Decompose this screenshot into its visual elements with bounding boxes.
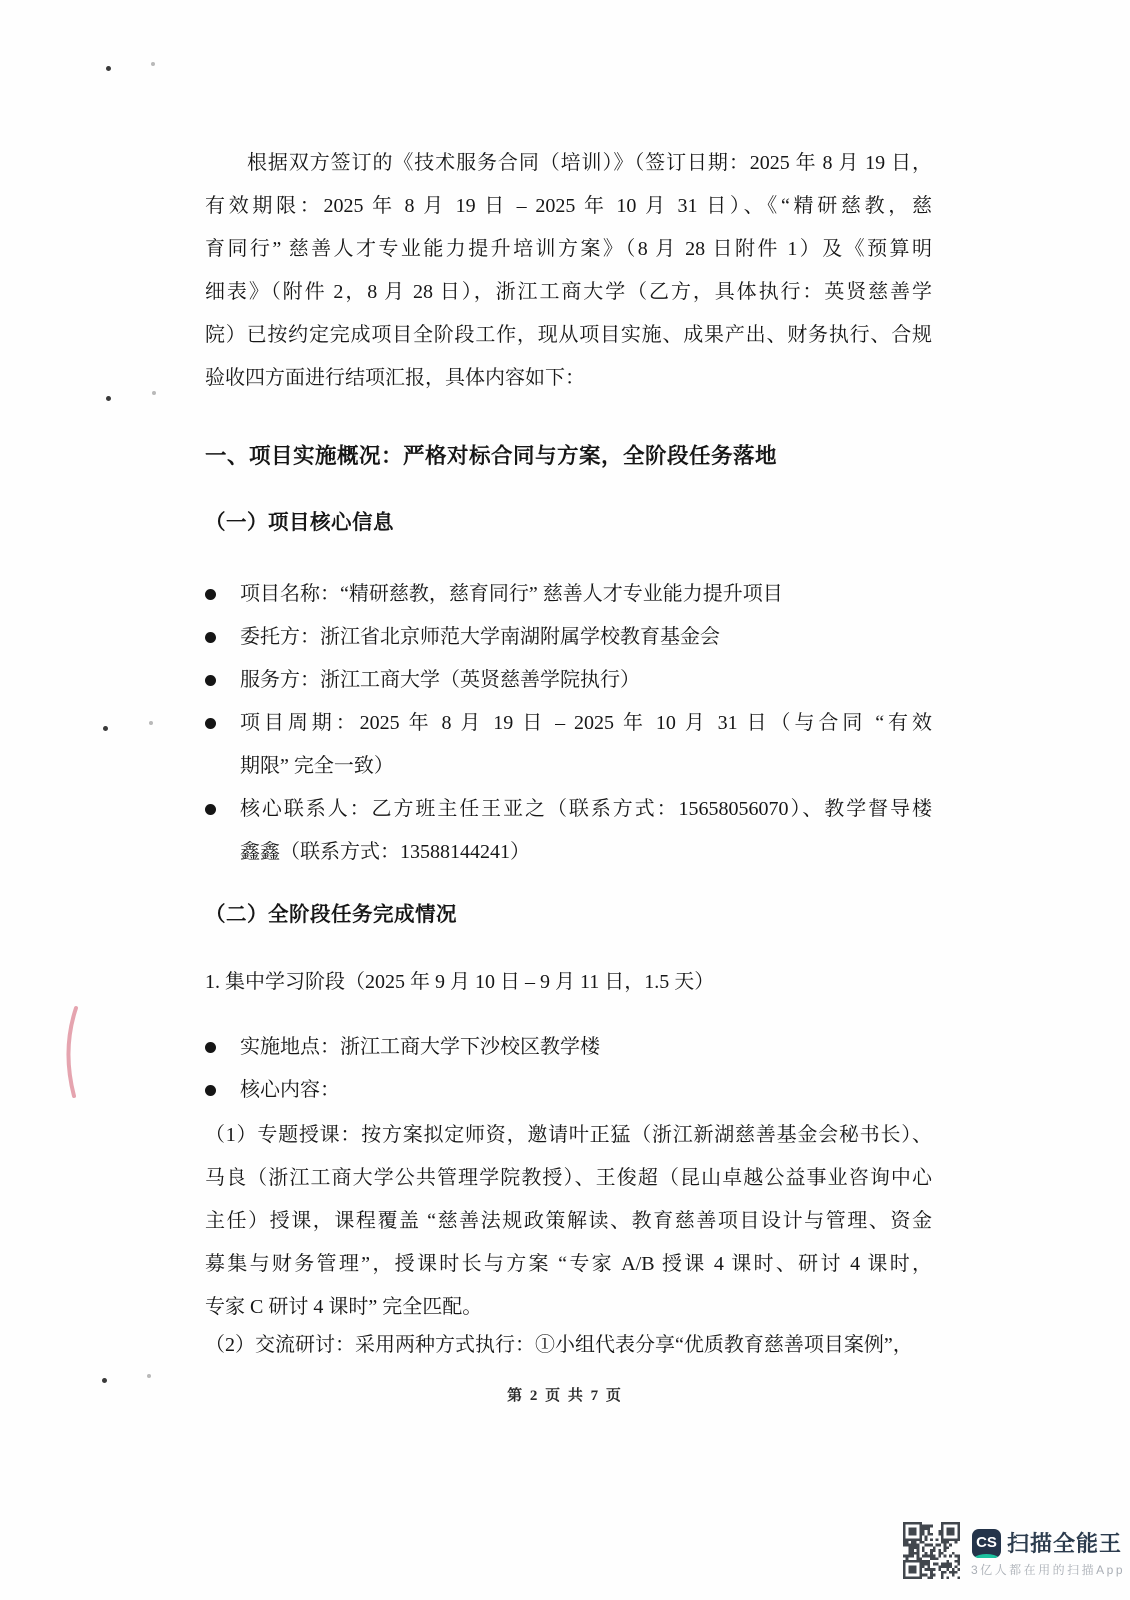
bullet-icon bbox=[205, 632, 216, 643]
bullet-icon bbox=[205, 675, 216, 686]
bullet-icon bbox=[205, 1042, 216, 1053]
camscanner-logo-icon: CS bbox=[972, 1529, 1001, 1558]
stage-1-list: 实施地点：浙江工商大学下沙校区教学楼 核心内容： bbox=[205, 1026, 932, 1112]
list-item: 项目名称：“精研慈教，慈育同行” 慈善人才专业能力提升项目 bbox=[205, 573, 932, 616]
section-1-heading: 一、项目实施概况：严格对标合同与方案，全阶段任务落地 bbox=[205, 441, 932, 471]
subsection-1-2-heading: （二）全阶段任务完成情况 bbox=[205, 901, 932, 929]
list-item: 核心内容： bbox=[205, 1069, 932, 1112]
bullet-icon bbox=[205, 589, 216, 600]
intro-paragraph: 根据双方签订的《技术服务合同（培训）》（签订日期：2025 年 8 月 19 日… bbox=[205, 142, 932, 400]
scan-speck bbox=[106, 396, 111, 401]
bullet-icon bbox=[205, 718, 216, 729]
bullet-icon bbox=[205, 1085, 216, 1096]
list-item: 服务方：浙江工商大学（英贤慈善学院执行） bbox=[205, 659, 932, 702]
scan-speck bbox=[102, 1378, 107, 1383]
list-item-text: 服务方：浙江工商大学（英贤慈善学院执行） bbox=[240, 659, 932, 702]
scan-speck bbox=[147, 1374, 151, 1378]
lecture-paragraph: （1）专题授课：按方案拟定师资，邀请叶正猛（浙江新湖慈善基金会秘书长）、马良（浙… bbox=[205, 1114, 932, 1329]
scan-speck bbox=[103, 726, 108, 731]
page-number: 第 2 页 共 7 页 bbox=[0, 1384, 1130, 1405]
list-item-text: 项目名称：“精研慈教，慈育同行” 慈善人才专业能力提升项目 bbox=[240, 573, 932, 616]
scan-speck bbox=[149, 721, 153, 725]
camscanner-tagline: 3亿人都在用的扫描App bbox=[971, 1563, 1125, 1578]
core-info-list: 项目名称：“精研慈教，慈育同行” 慈善人才专业能力提升项目 委托方：浙江省北京师… bbox=[205, 573, 932, 874]
stage-1-heading: 1. 集中学习阶段（2025 年 9 月 10 日 – 9 月 11 日，1.5… bbox=[205, 961, 932, 1004]
camscanner-app-name: 扫描全能王 bbox=[1007, 1531, 1122, 1557]
camscanner-logo-text: CS bbox=[976, 1534, 997, 1551]
list-item: 项目周期：2025 年 8 月 19 日 – 2025 年 10 月 31 日（… bbox=[205, 702, 932, 788]
list-item-text: 核心联系人：乙方班主任王亚之（联系方式：15658056070）、教学督导楼鑫鑫… bbox=[240, 788, 932, 874]
scan-speck bbox=[106, 66, 111, 71]
list-item: 委托方：浙江省北京师范大学南湖附属学校教育基金会 bbox=[205, 616, 932, 659]
list-item-text: 实施地点：浙江工商大学下沙校区教学楼 bbox=[240, 1026, 932, 1069]
seminar-paragraph: （2）交流研讨：采用两种方式执行：①小组代表分享“优质教育慈善项目案例”， bbox=[205, 1324, 932, 1367]
bullet-icon bbox=[205, 804, 216, 815]
qr-code bbox=[903, 1522, 960, 1579]
subsection-1-1-heading: （一）项目核心信息 bbox=[205, 509, 932, 537]
list-item-text: 委托方：浙江省北京师范大学南湖附属学校教育基金会 bbox=[240, 616, 932, 659]
list-item: 核心联系人：乙方班主任王亚之（联系方式：15658056070）、教学督导楼鑫鑫… bbox=[205, 788, 932, 874]
scan-speck bbox=[151, 62, 155, 66]
list-item: 实施地点：浙江工商大学下沙校区教学楼 bbox=[205, 1026, 932, 1069]
scanned-document-page: 根据双方签订的《技术服务合同（培训）》（签订日期：2025 年 8 月 19 日… bbox=[0, 0, 1130, 1600]
list-item-text: 项目周期：2025 年 8 月 19 日 – 2025 年 10 月 31 日（… bbox=[240, 702, 932, 788]
scan-speck bbox=[152, 391, 156, 395]
red-pen-mark bbox=[52, 1002, 92, 1102]
list-item-text: 核心内容： bbox=[240, 1069, 932, 1112]
